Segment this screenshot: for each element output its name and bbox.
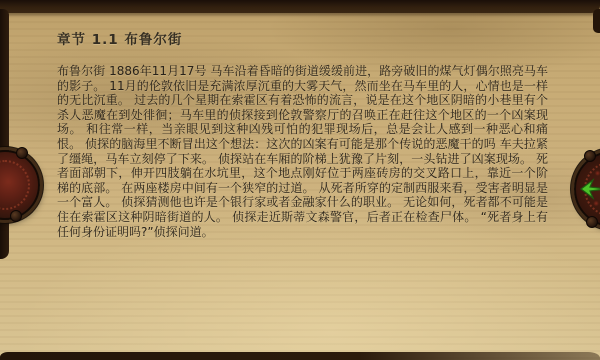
chapter-heading: 章节 1.1 布鲁尔街 — [57, 28, 182, 48]
rivet-icon — [16, 147, 28, 159]
rivet-icon — [584, 150, 596, 162]
arrow-right-icon — [580, 178, 600, 200]
chapter-text: 布鲁尔街 1886年11月17号 马车沿着昏暗的街道缓缓前进，路旁破旧的煤气灯偶… — [57, 64, 548, 242]
rivet-icon — [10, 210, 22, 222]
frame-left-edge — [0, 9, 9, 259]
frame-top-edge — [0, 0, 600, 13]
frame-bottom-edge — [0, 352, 600, 360]
frame-right-notch — [593, 9, 600, 33]
rivet-icon — [586, 216, 598, 228]
seal-icon — [0, 160, 30, 210]
game-screen: 章节 1.1 布鲁尔街 布鲁尔街 1886年11月17号 马车沿着昏暗的街道缓缓… — [0, 0, 600, 360]
